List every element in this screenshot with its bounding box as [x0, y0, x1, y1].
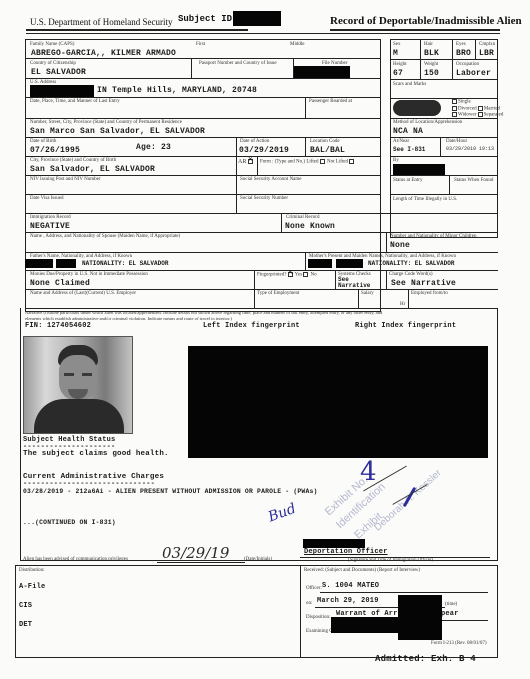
- signature-line: [157, 562, 245, 563]
- distribution-item-det: DET: [19, 622, 32, 629]
- ar-label: AR: [238, 159, 254, 165]
- signature-title-label: (Signature and Title of Immigration Offi…: [348, 558, 433, 563]
- distribution-label: Distribution:: [19, 568, 45, 573]
- col-divider: [281, 213, 282, 232]
- father-name-redaction-1: [25, 259, 53, 268]
- by-redaction: [393, 164, 445, 175]
- height-value: 67: [393, 70, 403, 78]
- status-entry-label: Status at Entry: [393, 178, 422, 183]
- father-nationality: NATIONALITY: EL SALVADOR: [82, 261, 168, 267]
- single-checkbox[interactable]: [452, 99, 457, 104]
- fin-number: FIN: 1274054602: [25, 323, 91, 330]
- widower-checkbox[interactable]: [452, 112, 457, 117]
- complexion-label: Cmplxn: [479, 42, 495, 47]
- passport-label: Passport Number and Country of Issue: [199, 61, 277, 66]
- occupation-value: Laborer: [456, 70, 491, 78]
- distribution-item-cis: CIS: [19, 603, 32, 610]
- hair-label: Hair: [424, 42, 433, 47]
- officer-label: Officer:: [306, 586, 322, 591]
- subject-photo: [23, 336, 133, 434]
- minor-children-label: Number and Nationality of Minor Children: [390, 234, 477, 239]
- location-code-value: BAL/BAL: [310, 147, 345, 155]
- row-divider: [25, 78, 381, 79]
- header-rule-right: [330, 29, 500, 31]
- salary-label: Salary: [361, 291, 374, 296]
- subject-id-redaction: [233, 11, 281, 26]
- sex-value: M: [393, 50, 398, 58]
- passenger-boarded-label: Passenger Boarded at: [309, 99, 352, 104]
- mother-name-redaction-2: [336, 259, 363, 268]
- father-name-redaction-2: [56, 259, 76, 268]
- received-label: Received: (Subject and Documents) (Repor…: [304, 568, 420, 573]
- row-divider: [25, 213, 498, 214]
- mother-name-redaction-1: [308, 259, 332, 268]
- street-address-redaction: [30, 85, 94, 97]
- file-number-redaction: [294, 66, 350, 78]
- header-rule: [26, 29, 248, 31]
- admitted-exhibit: Admitted: Exh. B 4: [375, 655, 476, 664]
- us-address-value: IN Temple Hills, MARYLAND, 20748: [97, 87, 257, 95]
- ar-checkbox[interactable]: [248, 159, 253, 164]
- salary-unit: Hr: [400, 302, 405, 307]
- date-of-action-label: Date of Action: [240, 139, 269, 144]
- at-near-label: At/Near: [393, 139, 409, 144]
- not-lifted-checkbox[interactable]: [349, 159, 354, 164]
- hair-value: BLK: [424, 50, 439, 58]
- employer-label: Name and Address of (Last)(Current) U.S.…: [30, 291, 136, 296]
- exhibit-number-handwritten: 4: [360, 457, 377, 487]
- monies-label: Monies Due/Property in U.S. Not in Immed…: [30, 272, 148, 277]
- age-value: Age: 23: [136, 144, 171, 152]
- birthplace-label: City, Province (State) and Country of Bi…: [30, 158, 116, 163]
- form-type-label: Form : (Type and No.) Lifted Not Lifted: [260, 159, 355, 165]
- col-divider: [449, 175, 450, 194]
- minor-children-value: None: [390, 242, 410, 250]
- row-divider: [25, 58, 381, 59]
- col-divider: [386, 270, 387, 289]
- date-of-action-value: 03/29/2019: [239, 147, 289, 155]
- status-found-label: Status When Found: [454, 178, 493, 183]
- dob-label: Date of Birth: [30, 139, 56, 144]
- family-name-value: ABREGO-GARCIA,, KILMER ARMADO: [31, 50, 176, 58]
- narrative-label-2: elements which establish administrative …: [25, 316, 232, 321]
- col-divider: [408, 289, 409, 308]
- row-divider: [25, 289, 498, 290]
- advised-label: Alien has been advised of communication …: [23, 557, 128, 562]
- advised-date-handwritten: 03/29/19: [162, 544, 229, 562]
- scars-redaction: [393, 100, 441, 116]
- col-divider: [305, 137, 306, 156]
- visa-issued-label: Date Visa Issued: [30, 196, 64, 201]
- col-divider: [420, 59, 421, 79]
- last-entry-label: Date, Place, Time, and Manner of Last En…: [30, 99, 120, 104]
- officer-title: Deportation Officer: [304, 549, 388, 556]
- citizenship-label: Country of Citizenship: [30, 61, 76, 66]
- eyes-label: Eyes: [456, 42, 466, 47]
- marital-status: Single Divorced Married Widower Separate…: [452, 99, 503, 119]
- not-lifted-text: Not Lifted: [327, 160, 348, 165]
- divorced-checkbox[interactable]: [452, 106, 457, 111]
- narrative-label-1: Narrative (Outline particulars under whi…: [25, 310, 382, 315]
- continued-note: ...(CONTINUED ON I-831): [23, 520, 116, 526]
- row-divider: [390, 59, 498, 60]
- height-label: Height: [393, 62, 407, 67]
- lifted-text: Lifted: [306, 160, 318, 165]
- date-hour-label: Date/Hour: [446, 139, 467, 144]
- complexion-value: LBR: [479, 50, 494, 58]
- health-text: The subject claims good health.: [23, 451, 169, 459]
- col-divider: [452, 59, 453, 79]
- col-divider: [191, 58, 192, 78]
- location-code-label: Location Code: [310, 139, 340, 144]
- method-value: NCA NA: [393, 128, 423, 136]
- row-divider: [390, 194, 498, 195]
- first-name-label: First: [196, 42, 205, 47]
- married-text: Married: [484, 106, 500, 111]
- sex-label: Sex: [393, 42, 401, 47]
- left-fingerprint-label: Left Index fingerprint: [203, 323, 300, 330]
- immigration-record-label: Immigration Record: [30, 215, 71, 220]
- col-divider: [452, 39, 453, 59]
- col-divider: [305, 97, 306, 118]
- agency-name: U.S. Department of Homeland Security: [30, 17, 172, 27]
- charge-code-value: See Narrative: [391, 280, 456, 288]
- disposition-label: Disposition:: [306, 615, 330, 620]
- on-label: on:: [306, 601, 312, 606]
- employed-from-label: Employed from/to: [411, 291, 448, 296]
- row-divider: [390, 137, 498, 138]
- separated-checkbox[interactable]: [478, 112, 483, 117]
- niv-label: NIV Issuing Post and NIV Number: [30, 177, 101, 182]
- col-divider: [386, 232, 387, 252]
- col-divider: [236, 156, 237, 175]
- permanent-residence-value: San Marco San Salvador, EL SALVADOR: [30, 128, 205, 136]
- right-fingerprint-label: Right Index fingerprint: [355, 323, 456, 330]
- row-divider: [25, 156, 381, 157]
- form-number: Form I-213 (Rev. 08/01/07): [431, 641, 487, 646]
- fingerprinted-text: Fingerprinted?: [257, 273, 286, 278]
- charges-rule: ------------------------------: [23, 481, 155, 488]
- lifted-checkbox[interactable]: [320, 159, 325, 164]
- occupation-label: Occupation: [456, 62, 479, 67]
- disposition-redaction: [398, 595, 442, 640]
- officer-value: S. 1004 MATEO: [322, 583, 379, 590]
- col-divider: [305, 252, 306, 270]
- by-label: By: [393, 158, 399, 163]
- scars-marks-label: Scars and Marks: [393, 82, 426, 87]
- criminal-record-label: Criminal Record: [286, 215, 319, 220]
- col-divider: [257, 156, 258, 175]
- dob-value: 07/26/1995: [30, 147, 80, 155]
- length-illegal-label: Length of Time Illegally in U.S.: [393, 197, 457, 202]
- ssn-name-label: Social Security Account Name: [240, 177, 302, 182]
- form-type-text: Form : (Type and No.): [260, 160, 305, 165]
- single-text: Single: [458, 100, 471, 105]
- row-divider: [25, 270, 498, 271]
- header-rule-2: [26, 33, 248, 34]
- disposition-tail: pear: [441, 611, 459, 618]
- birthplace-value: San Salvador, EL SALVADOR: [30, 166, 155, 174]
- charge-code-label: Charge Code Word(s): [389, 272, 433, 277]
- permanent-residence-label: Number, Street, City, Province (State) a…: [30, 120, 182, 125]
- row-divider: [25, 194, 381, 195]
- fingerprinted-yes-checkbox[interactable]: [288, 272, 293, 277]
- col-divider: [440, 137, 441, 156]
- col-divider: [358, 289, 359, 308]
- ssn-label: Social Security Number: [240, 196, 288, 201]
- row-divider: [390, 156, 498, 157]
- field-underline: [320, 592, 488, 593]
- spouse-label: Name , Address, and Nationality of Spous…: [30, 234, 180, 239]
- monies-value: None Claimed: [30, 280, 90, 288]
- distribution-item-afile: A-File: [19, 584, 45, 591]
- header-rule-2-right: [248, 33, 500, 34]
- form-title: Record of Deportable/Inadmissible Alien: [330, 15, 522, 27]
- ar-text: AR: [238, 159, 246, 165]
- married-checkbox[interactable]: [478, 106, 483, 111]
- fingerprinted-label: Fingerprinted? Yes No: [257, 272, 317, 278]
- row-divider: [390, 79, 498, 80]
- on-value: March 29, 2019: [317, 598, 379, 605]
- time-label: (time): [445, 602, 457, 607]
- at-near-value: See I-831: [393, 147, 425, 153]
- mother-nationality: NATIONALITY: EL SALVADOR: [368, 261, 454, 267]
- officer-name-redaction: [303, 539, 365, 548]
- col-divider: [475, 39, 476, 59]
- no-text: No: [311, 273, 317, 278]
- eyes-value: BRO: [456, 50, 471, 58]
- divorced-text: Divorced: [458, 106, 477, 111]
- family-name-label: Family Name (CAPS): [30, 42, 74, 47]
- date-hour-value: 03/29/2019 19:13: [446, 147, 494, 152]
- row-divider: [25, 97, 381, 98]
- row-divider: [390, 175, 498, 176]
- employment-type-label: Type of Employment: [257, 291, 299, 296]
- yes-text: Yes: [295, 273, 302, 278]
- immigration-record-value: NEGATIVE: [30, 223, 70, 231]
- fingerprints-redaction: [188, 346, 488, 458]
- row-divider: [25, 252, 498, 253]
- middle-name-label: Middle: [290, 42, 304, 47]
- row-divider: [25, 232, 498, 233]
- row-divider: [25, 118, 381, 119]
- fingerprinted-no-checkbox[interactable]: [303, 272, 308, 277]
- citizenship-value: EL SALVADOR: [31, 69, 86, 77]
- col-divider: [420, 39, 421, 59]
- weight-label: Weight: [424, 62, 438, 67]
- col-divider: [236, 137, 237, 156]
- charge-line: 03/28/2019 - 212a6Ai - ALIEN PRESENT WIT…: [23, 489, 318, 495]
- row-divider: [25, 175, 381, 176]
- col-divider: [335, 270, 336, 289]
- method-label: Method of Location/Apprehension: [393, 120, 462, 125]
- weight-value: 150: [424, 70, 439, 78]
- row-divider: [390, 118, 498, 119]
- date-initials-label: (Date/Initials): [244, 557, 272, 562]
- col-divider: [300, 565, 301, 658]
- row-divider: [25, 137, 381, 138]
- criminal-record-value: None Known: [285, 223, 335, 231]
